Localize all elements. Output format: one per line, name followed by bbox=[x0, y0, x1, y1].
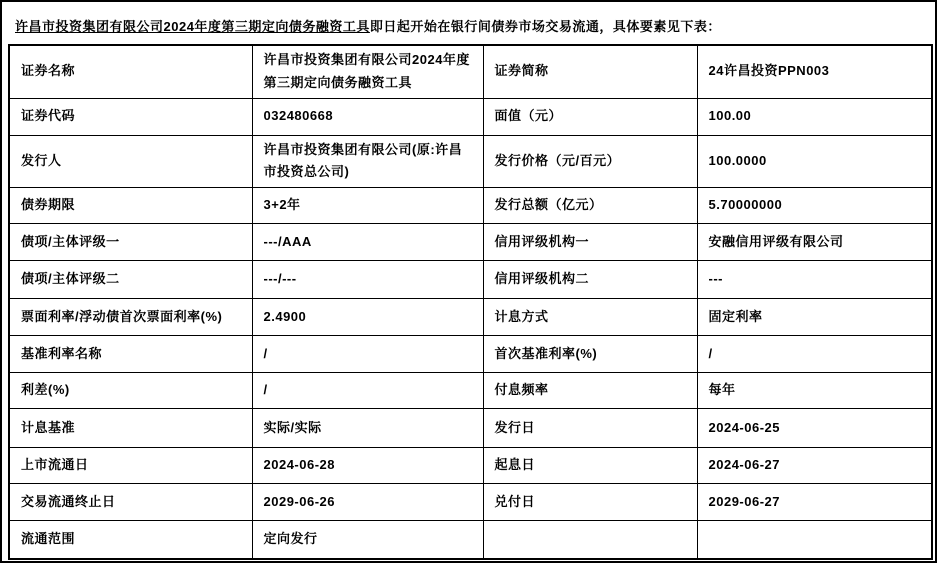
field-label: 信用评级机构一 bbox=[483, 224, 697, 261]
field-value: 24许昌投资PPN003 bbox=[697, 45, 932, 98]
field-value: 2.4900 bbox=[252, 299, 483, 336]
document-title: 许昌市投资集团有限公司2024年度第三期定向债务融资工具即日起开始在银行间债券市… bbox=[2, 2, 935, 44]
field-label: 票面利率/浮动债首次票面利率(%) bbox=[9, 299, 252, 336]
field-label: 交易流通终止日 bbox=[9, 484, 252, 521]
table-row: 发行人 许昌市投资集团有限公司(原:许昌市投资总公司) 发行价格（元/百元） 1… bbox=[9, 135, 932, 188]
field-label: 发行人 bbox=[9, 135, 252, 188]
table-row: 债项/主体评级二 ---/--- 信用评级机构二 --- bbox=[9, 261, 932, 299]
field-label: 债券期限 bbox=[9, 188, 252, 224]
field-label: 发行价格（元/百元） bbox=[483, 135, 697, 188]
table-row: 债项/主体评级一 ---/AAA 信用评级机构一 安融信用评级有限公司 bbox=[9, 224, 932, 261]
field-value: 032480668 bbox=[252, 98, 483, 135]
field-label: 信用评级机构二 bbox=[483, 261, 697, 299]
field-value: 3+2年 bbox=[252, 188, 483, 224]
field-label: 利差(%) bbox=[9, 373, 252, 409]
table-row: 证券名称 许昌市投资集团有限公司2024年度第三期定向债务融资工具 证券简称 2… bbox=[9, 45, 932, 98]
field-value: 2029-06-27 bbox=[697, 484, 932, 521]
field-value: ---/--- bbox=[252, 261, 483, 299]
field-value: --- bbox=[697, 261, 932, 299]
field-value bbox=[697, 521, 932, 559]
bond-info-table: 证券名称 许昌市投资集团有限公司2024年度第三期定向债务融资工具 证券简称 2… bbox=[8, 44, 933, 560]
field-label: 债项/主体评级一 bbox=[9, 224, 252, 261]
field-value: 2024-06-25 bbox=[697, 409, 932, 448]
field-value: 许昌市投资集团有限公司2024年度第三期定向债务融资工具 bbox=[252, 45, 483, 98]
table-row: 计息基准 实际/实际 发行日 2024-06-25 bbox=[9, 409, 932, 448]
field-value: 2024-06-28 bbox=[252, 448, 483, 484]
field-label: 发行日 bbox=[483, 409, 697, 448]
field-label: 付息频率 bbox=[483, 373, 697, 409]
field-value: 定向发行 bbox=[252, 521, 483, 559]
field-value: / bbox=[252, 336, 483, 373]
field-label: 流通范围 bbox=[9, 521, 252, 559]
field-label: 债项/主体评级二 bbox=[9, 261, 252, 299]
page: 许昌市投资集团有限公司2024年度第三期定向债务融资工具即日起开始在银行间债券市… bbox=[0, 0, 937, 563]
field-label: 计息基准 bbox=[9, 409, 252, 448]
field-label: 证券代码 bbox=[9, 98, 252, 135]
table-row: 流通范围 定向发行 bbox=[9, 521, 932, 559]
title-underlined-text: 许昌市投资集团有限公司2024年度第三期定向债务融资工具 bbox=[15, 19, 370, 34]
field-label: 计息方式 bbox=[483, 299, 697, 336]
table-row: 基准利率名称 / 首次基准利率(%) / bbox=[9, 336, 932, 373]
field-value: 5.70000000 bbox=[697, 188, 932, 224]
table-row: 交易流通终止日 2029-06-26 兑付日 2029-06-27 bbox=[9, 484, 932, 521]
field-value: 实际/实际 bbox=[252, 409, 483, 448]
field-label: 证券简称 bbox=[483, 45, 697, 98]
title-rest-text: 即日起开始在银行间债券市场交易流通，具体要素见下表： bbox=[370, 19, 721, 34]
field-value: 安融信用评级有限公司 bbox=[697, 224, 932, 261]
field-value: 2024-06-27 bbox=[697, 448, 932, 484]
field-label: 首次基准利率(%) bbox=[483, 336, 697, 373]
field-label bbox=[483, 521, 697, 559]
table-row: 上市流通日 2024-06-28 起息日 2024-06-27 bbox=[9, 448, 932, 484]
field-label: 起息日 bbox=[483, 448, 697, 484]
field-value: / bbox=[697, 336, 932, 373]
field-value: 固定利率 bbox=[697, 299, 932, 336]
table-row: 债券期限 3+2年 发行总额（亿元） 5.70000000 bbox=[9, 188, 932, 224]
field-label: 面值（元） bbox=[483, 98, 697, 135]
field-value: 100.0000 bbox=[697, 135, 932, 188]
table-row: 票面利率/浮动债首次票面利率(%) 2.4900 计息方式 固定利率 bbox=[9, 299, 932, 336]
field-label: 证券名称 bbox=[9, 45, 252, 98]
field-value: ---/AAA bbox=[252, 224, 483, 261]
field-label: 基准利率名称 bbox=[9, 336, 252, 373]
field-label: 兑付日 bbox=[483, 484, 697, 521]
field-label: 上市流通日 bbox=[9, 448, 252, 484]
table-row: 证券代码 032480668 面值（元） 100.00 bbox=[9, 98, 932, 135]
field-value: 2029-06-26 bbox=[252, 484, 483, 521]
field-value: 100.00 bbox=[697, 98, 932, 135]
field-value: / bbox=[252, 373, 483, 409]
field-value: 每年 bbox=[697, 373, 932, 409]
field-label: 发行总额（亿元） bbox=[483, 188, 697, 224]
field-value: 许昌市投资集团有限公司(原:许昌市投资总公司) bbox=[252, 135, 483, 188]
table-row: 利差(%) / 付息频率 每年 bbox=[9, 373, 932, 409]
